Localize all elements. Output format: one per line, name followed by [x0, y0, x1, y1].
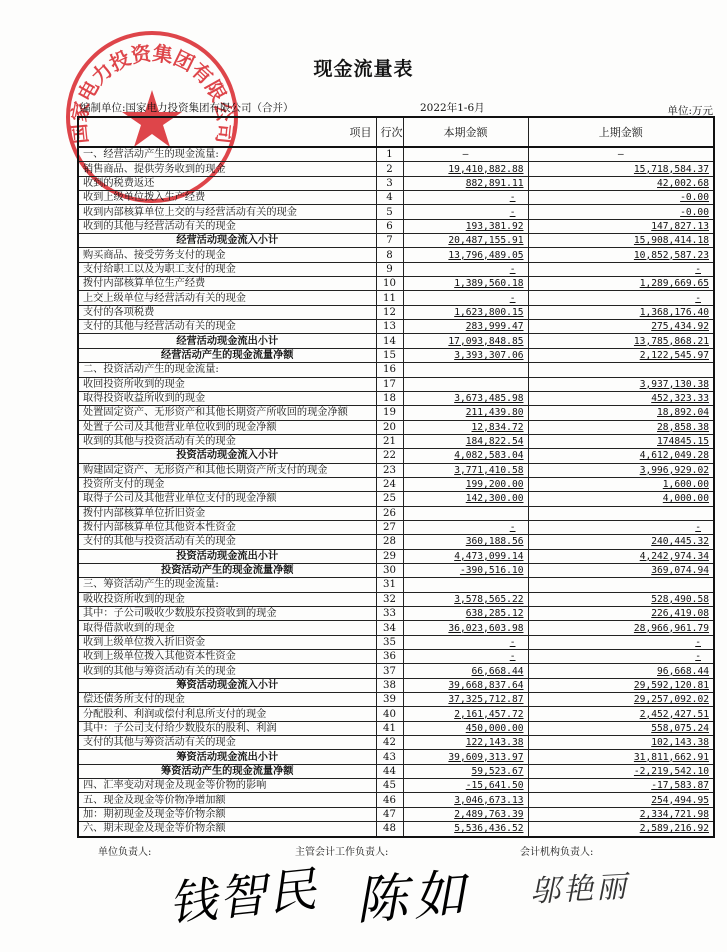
row-item-label: 二、投资活动产生的现金流量: — [78, 363, 376, 377]
table-row: 支付的各项税费121,623,800.151,368,176.40 — [78, 305, 714, 319]
table-row: 其中：子公司吸收少数股东投资收到的现金33638,285.12226,419.0… — [78, 607, 714, 621]
row-item-label: 收回投资所收到的现金 — [78, 377, 376, 391]
table-row: 经营活动产生的现金流量净额153,393,307.062,122,545.97 — [78, 348, 714, 362]
row-line-number: 10 — [376, 277, 403, 291]
row-item-label: 筹资活动现金流出小计 — [78, 750, 376, 764]
row-line-number: 20 — [376, 420, 403, 434]
row-previous-amount: 2,452,427.51 — [528, 707, 714, 721]
row-item-label: 经营活动产生的现金流量净额 — [78, 348, 376, 362]
row-item-label: 购建固定资产、无形资产和其他长期资产所支付的现金 — [78, 463, 376, 477]
row-line-number: 40 — [376, 707, 403, 721]
table-row: 处置子公司及其他营业单位收到的现金净额2012,834.7228,858.38 — [78, 420, 714, 434]
row-item-label: 投资所支付的现金 — [78, 477, 376, 491]
row-current-amount: 37,325,712.87 — [403, 693, 528, 707]
row-line-number: 46 — [376, 793, 403, 807]
row-item-label: 筹资活动产生的现金流量净额 — [78, 764, 376, 778]
row-previous-amount: 15,718,584.37 — [528, 162, 714, 176]
row-current-amount: - — [403, 262, 528, 276]
row-current-amount: 4,473,099.14 — [403, 549, 528, 563]
row-item-label: 经营活动现金流出小计 — [78, 334, 376, 348]
row-item-label: 投资活动现金流出小计 — [78, 549, 376, 563]
row-line-number: 22 — [376, 449, 403, 463]
row-line-number: 48 — [376, 822, 403, 837]
row-current-amount: 1,389,560.18 — [403, 277, 528, 291]
table-row: 投资活动现金流出小计294,473,099.144,242,974.34 — [78, 549, 714, 563]
row-previous-amount: -2,219,542.10 — [528, 764, 714, 778]
row-line-number: 17 — [376, 377, 403, 391]
row-line-number: 41 — [376, 721, 403, 735]
row-current-amount: 3,673,485.98 — [403, 391, 528, 405]
table-row: 收到上级单位拨入生产经费4--0.00 — [78, 191, 714, 205]
row-previous-amount: 42,002.68 — [528, 176, 714, 190]
row-current-amount — [403, 578, 528, 592]
table-row: 支付的其他与投资活动有关的现金28360,188.56240,445.32 — [78, 535, 714, 549]
row-previous-amount: 558,075.24 — [528, 721, 714, 735]
row-item-label: 收到的其他与筹资活动有关的现金 — [78, 664, 376, 678]
row-previous-amount — [528, 506, 714, 520]
row-line-number: 34 — [376, 621, 403, 635]
row-current-amount: 2,489,763.39 — [403, 807, 528, 821]
row-previous-amount: 2,122,545.97 — [528, 348, 714, 362]
row-previous-amount: 240,445.32 — [528, 535, 714, 549]
row-current-amount: — — [403, 147, 528, 162]
table-row: 上交上级单位与经营活动有关的现金11-- — [78, 291, 714, 305]
row-previous-amount: -0.00 — [528, 191, 714, 205]
table-row: 处置固定资产、无形资产和其他长期资产所收回的现金净额19211,439.8018… — [78, 406, 714, 420]
row-previous-amount: - — [528, 262, 714, 276]
row-item-label: 拨付内部核算单位其他资本性资金 — [78, 520, 376, 534]
row-previous-amount — [528, 363, 714, 377]
table-row: 分配股利、利润或偿付利息所支付的现金402,161,457.722,452,42… — [78, 707, 714, 721]
row-current-amount: 184,822.54 — [403, 434, 528, 448]
table-header-row: 项目 行次 本期金额 上期金额 — [78, 117, 714, 147]
row-previous-amount: 31,811,662.91 — [528, 750, 714, 764]
row-previous-amount: 10,852,587.23 — [528, 248, 714, 262]
table-row: 投资活动现金流入小计224,082,583.044,612,049.28 — [78, 449, 714, 463]
table-row: 筹资活动现金流出小计4339,609,313.9731,811,662.91 — [78, 750, 714, 764]
row-line-number: 1 — [376, 147, 403, 162]
row-item-label: 一、经营活动产生的现金流量: — [78, 147, 376, 162]
row-item-label: 投资活动产生的现金流量净额 — [78, 563, 376, 577]
row-current-amount: 20,487,155.91 — [403, 234, 528, 248]
row-current-amount: - — [403, 650, 528, 664]
row-previous-amount: 452,323.33 — [528, 391, 714, 405]
row-item-label: 支付的其他与经营活动有关的现金 — [78, 320, 376, 334]
row-line-number: 7 — [376, 234, 403, 248]
row-current-amount: 199,200.00 — [403, 477, 528, 491]
row-item-label: 收到上级单位拨入生产经费 — [78, 191, 376, 205]
row-item-label: 收到内部核算单位上交的与经营活动有关的现金 — [78, 205, 376, 219]
row-current-amount: 3,771,410.58 — [403, 463, 528, 477]
row-previous-amount: - — [528, 291, 714, 305]
row-current-amount — [403, 363, 528, 377]
row-previous-amount: 18,892.04 — [528, 406, 714, 420]
row-line-number: 8 — [376, 248, 403, 262]
table-row: 其中：子公司支付给少数股东的股利、利润41450,000.00558,075.2… — [78, 721, 714, 735]
row-current-amount: -390,516.10 — [403, 563, 528, 577]
row-item-label: 收到的其他与经营活动有关的现金 — [78, 219, 376, 233]
row-current-amount: 59,523.67 — [403, 764, 528, 778]
table-row: 投资活动产生的现金流量净额30-390,516.10369,074.94 — [78, 563, 714, 577]
row-current-amount: 122,143.38 — [403, 736, 528, 750]
unit-head-label: 单位负责人: — [98, 843, 151, 858]
row-line-number: 23 — [376, 463, 403, 477]
row-line-number: 45 — [376, 779, 403, 793]
table-row: 筹资活动产生的现金流量净额4459,523.67-2,219,542.10 — [78, 764, 714, 778]
row-line-number: 16 — [376, 363, 403, 377]
row-line-number: 13 — [376, 320, 403, 334]
row-item-label: 上交上级单位与经营活动有关的现金 — [78, 291, 376, 305]
table-row: 购买商品、接受劳务支付的现金813,796,489.0510,852,587.2… — [78, 248, 714, 262]
row-line-number: 12 — [376, 305, 403, 319]
row-line-number: 24 — [376, 477, 403, 491]
row-item-label: 吸收投资所收到的现金 — [78, 592, 376, 606]
row-current-amount: 142,300.00 — [403, 492, 528, 506]
row-item-label: 四、汇率变动对现金及现金等价物的影响 — [78, 779, 376, 793]
row-previous-amount: 2,589,216.92 — [528, 822, 714, 837]
row-item-label: 取得投资收益所收到的现金 — [78, 391, 376, 405]
table-row: 支付的其他与筹资活动有关的现金42122,143.38102,143.38 — [78, 736, 714, 750]
row-current-amount: 39,668,837.64 — [403, 678, 528, 692]
row-line-number: 36 — [376, 650, 403, 664]
row-current-amount: - — [403, 635, 528, 649]
row-item-label: 偿还债务所支付的现金 — [78, 693, 376, 707]
row-line-number: 21 — [376, 434, 403, 448]
table-row: 收到内部核算单位上交的与经营活动有关的现金5--0.00 — [78, 205, 714, 219]
row-item-label: 其中：子公司支付给少数股东的股利、利润 — [78, 721, 376, 735]
row-previous-amount: 1,368,176.40 — [528, 305, 714, 319]
row-line-number: 38 — [376, 678, 403, 692]
row-line-number: 30 — [376, 563, 403, 577]
table-row: 购建固定资产、无形资产和其他长期资产所支付的现金233,771,410.583,… — [78, 463, 714, 477]
table-row: 支付给职工以及为职工支付的现金9-- — [78, 262, 714, 276]
row-previous-amount: -17,583.87 — [528, 779, 714, 793]
accounting-dept-label: 会计机构负责人: — [520, 843, 593, 858]
row-current-amount: 17,093,848.85 — [403, 334, 528, 348]
row-line-number: 18 — [376, 391, 403, 405]
row-item-label: 拨付内部核算单位折旧资金 — [78, 506, 376, 520]
row-current-amount: - — [403, 205, 528, 219]
row-line-number: 11 — [376, 291, 403, 305]
row-previous-amount: 147,827.13 — [528, 219, 714, 233]
row-item-label: 处置固定资产、无形资产和其他长期资产所收回的现金净额 — [78, 406, 376, 420]
table-row: 一、经营活动产生的现金流量:1—— — [78, 147, 714, 162]
row-current-amount: 36,023,603.98 — [403, 621, 528, 635]
signature-unit-head: 钱智民 — [165, 850, 321, 934]
row-current-amount: 3,046,673.13 — [403, 793, 528, 807]
row-previous-amount: 4,612,049.28 — [528, 449, 714, 463]
table-row: 吸收投资所收到的现金323,578,565.22528,490.58 — [78, 592, 714, 606]
table-row: 加：期初现金及现金等价物余额472,489,763.392,334,721.98 — [78, 807, 714, 821]
row-line-number: 27 — [376, 520, 403, 534]
row-previous-amount: 254,494.95 — [528, 793, 714, 807]
report-period: 2022年1-6月 — [420, 100, 485, 115]
row-line-number: 29 — [376, 549, 403, 563]
row-previous-amount: 275,434.92 — [528, 320, 714, 334]
row-line-number: 9 — [376, 262, 403, 276]
table-row: 取得借款收到的现金3436,023,603.9828,966,961.79 — [78, 621, 714, 635]
row-previous-amount: 4,242,974.34 — [528, 549, 714, 563]
header-previous: 上期金额 — [528, 117, 714, 147]
table-row: 收到上级单位拨入折旧资金35-- — [78, 635, 714, 649]
table-row: 五、现金及现金等价物净增加额463,046,673.13254,494.95 — [78, 793, 714, 807]
row-previous-amount — [528, 578, 714, 592]
table-row: 销售商品、提供劳务收到的现金219,410,882.8815,718,584.3… — [78, 162, 714, 176]
row-line-number: 19 — [376, 406, 403, 420]
table-row: 收到的税费返还3882,891.1142,002.68 — [78, 176, 714, 190]
row-line-number: 15 — [376, 348, 403, 362]
table-row: 收回投资所收到的现金173,937,130.38 — [78, 377, 714, 391]
preparer-label: 编制单位:国家电力投资集团有限公司（合并） — [80, 100, 294, 115]
row-previous-amount: - — [528, 650, 714, 664]
row-previous-amount: -0.00 — [528, 205, 714, 219]
table-body: 一、经营活动产生的现金流量:1——销售商品、提供劳务收到的现金219,410,8… — [78, 147, 714, 837]
row-item-label: 支付的各项税费 — [78, 305, 376, 319]
row-line-number: 26 — [376, 506, 403, 520]
signature-accounting-supervisor: 陈如 — [353, 851, 474, 934]
row-item-label: 取得借款收到的现金 — [78, 621, 376, 635]
table-row: 拨付内部核算单位生产经费101,389,560.181,289,669.65 — [78, 277, 714, 291]
row-item-label: 取得子公司及其他营业单位支付的现金净额 — [78, 492, 376, 506]
row-previous-amount: 226,419.08 — [528, 607, 714, 621]
document-title: 现金流量表 — [0, 54, 727, 81]
row-current-amount: 193,381.92 — [403, 219, 528, 233]
row-current-amount: 2,161,457.72 — [403, 707, 528, 721]
header-line: 行次 — [376, 117, 403, 147]
row-previous-amount: 3,996,929.02 — [528, 463, 714, 477]
row-previous-amount: - — [528, 635, 714, 649]
row-item-label: 六、期末现金及现金等价物余额 — [78, 822, 376, 837]
table-row: 支付的其他与经营活动有关的现金13283,999.47275,434.92 — [78, 320, 714, 334]
row-current-amount: 19,410,882.88 — [403, 162, 528, 176]
row-previous-amount: — — [528, 147, 714, 162]
row-current-amount: 12,834.72 — [403, 420, 528, 434]
row-line-number: 32 — [376, 592, 403, 606]
table-row: 六、期末现金及现金等价物余额485,536,436.522,589,216.92 — [78, 822, 714, 837]
row-previous-amount: 174845.15 — [528, 434, 714, 448]
row-item-label: 购买商品、接受劳务支付的现金 — [78, 248, 376, 262]
table-row: 经营活动现金流入小计720,487,155.9115,908,414.18 — [78, 234, 714, 248]
row-item-label: 支付的其他与投资活动有关的现金 — [78, 535, 376, 549]
row-current-amount: 3,393,307.06 — [403, 348, 528, 362]
row-item-label: 处置子公司及其他营业单位收到的现金净额 — [78, 420, 376, 434]
row-item-label: 加：期初现金及现金等价物余额 — [78, 807, 376, 821]
table-row: 收到上级单位拨入其他资本性资金36-- — [78, 650, 714, 664]
row-previous-amount: 13,785,868.21 — [528, 334, 714, 348]
table-row: 取得投资收益所收到的现金183,673,485.98452,323.33 — [78, 391, 714, 405]
row-previous-amount: 28,966,961.79 — [528, 621, 714, 635]
table-row: 收到的其他与筹资活动有关的现金3766,668.4496,668.44 — [78, 664, 714, 678]
row-item-label: 投资活动现金流入小计 — [78, 449, 376, 463]
row-line-number: 31 — [376, 578, 403, 592]
row-item-label: 销售商品、提供劳务收到的现金 — [78, 162, 376, 176]
table-row: 三、筹资活动产生的现金流量:31 — [78, 578, 714, 592]
row-line-number: 35 — [376, 635, 403, 649]
row-line-number: 14 — [376, 334, 403, 348]
row-current-amount: - — [403, 291, 528, 305]
table-row: 四、汇率变动对现金及现金等价物的影响45-15,641.50-17,583.87 — [78, 779, 714, 793]
table-row: 收到的其他与经营活动有关的现金6193,381.92147,827.13 — [78, 219, 714, 233]
row-line-number: 33 — [376, 607, 403, 621]
row-item-label: 收到上级单位拨入折旧资金 — [78, 635, 376, 649]
table-row: 筹资活动现金流入小计3839,668,837.6429,592,120.81 — [78, 678, 714, 692]
row-item-label: 经营活动现金流入小计 — [78, 234, 376, 248]
row-current-amount: - — [403, 191, 528, 205]
table-row: 偿还债务所支付的现金3937,325,712.8729,257,092.02 — [78, 693, 714, 707]
row-line-number: 4 — [376, 191, 403, 205]
row-previous-amount: - — [528, 520, 714, 534]
row-item-label: 筹资活动现金流入小计 — [78, 678, 376, 692]
table-row: 投资所支付的现金24199,200.001,600.00 — [78, 477, 714, 491]
row-current-amount: 638,285.12 — [403, 607, 528, 621]
row-current-amount — [403, 506, 528, 520]
table-row: 经营活动现金流出小计1417,093,848.8513,785,868.21 — [78, 334, 714, 348]
signature-accounting-dept: 邬艳丽 — [529, 861, 630, 910]
row-current-amount: 211,439.80 — [403, 406, 528, 420]
row-line-number: 28 — [376, 535, 403, 549]
row-previous-amount: 2,334,721.98 — [528, 807, 714, 821]
row-line-number: 44 — [376, 764, 403, 778]
cash-flow-table: 项目 行次 本期金额 上期金额 一、经营活动产生的现金流量:1——销售商品、提供… — [77, 116, 715, 838]
row-item-label: 支付给职工以及为职工支付的现金 — [78, 262, 376, 276]
row-previous-amount: 4,000.00 — [528, 492, 714, 506]
row-previous-amount: 96,668.44 — [528, 664, 714, 678]
row-item-label: 其中：子公司吸收少数股东投资收到的现金 — [78, 607, 376, 621]
row-line-number: 3 — [376, 176, 403, 190]
row-item-label: 拨付内部核算单位生产经费 — [78, 277, 376, 291]
row-previous-amount: 29,592,120.81 — [528, 678, 714, 692]
row-current-amount: 13,796,489.05 — [403, 248, 528, 262]
table-row: 拨付内部核算单位其他资本性资金27-- — [78, 520, 714, 534]
row-line-number: 5 — [376, 205, 403, 219]
row-current-amount: 1,623,800.15 — [403, 305, 528, 319]
table-row: 收到的其他与投资活动有关的现金21184,822.54174845.15 — [78, 434, 714, 448]
row-previous-amount: 3,937,130.38 — [528, 377, 714, 391]
table-row: 二、投资活动产生的现金流量:16 — [78, 363, 714, 377]
row-previous-amount: 1,600.00 — [528, 477, 714, 491]
row-current-amount: 3,578,565.22 — [403, 592, 528, 606]
row-line-number: 2 — [376, 162, 403, 176]
table-row: 取得子公司及其他营业单位支付的现金净额25142,300.004,000.00 — [78, 492, 714, 506]
row-previous-amount: 29,257,092.02 — [528, 693, 714, 707]
row-current-amount: 882,891.11 — [403, 176, 528, 190]
row-item-label: 收到的其他与投资活动有关的现金 — [78, 434, 376, 448]
table-row: 拨付内部核算单位折旧资金26 — [78, 506, 714, 520]
row-line-number: 37 — [376, 664, 403, 678]
row-current-amount: - — [403, 520, 528, 534]
row-current-amount: 4,082,583.04 — [403, 449, 528, 463]
header-current: 本期金额 — [403, 117, 528, 147]
row-current-amount: 66,668.44 — [403, 664, 528, 678]
row-previous-amount: 369,074.94 — [528, 563, 714, 577]
row-current-amount: 39,609,313.97 — [403, 750, 528, 764]
row-line-number: 42 — [376, 736, 403, 750]
row-item-label: 三、筹资活动产生的现金流量: — [78, 578, 376, 592]
row-item-label: 分配股利、利润或偿付利息所支付的现金 — [78, 707, 376, 721]
row-current-amount: 5,536,436.52 — [403, 822, 528, 837]
row-current-amount — [403, 377, 528, 391]
row-item-label: 收到上级单位拨入其他资本性资金 — [78, 650, 376, 664]
row-item-label: 五、现金及现金等价物净增加额 — [78, 793, 376, 807]
row-line-number: 43 — [376, 750, 403, 764]
row-previous-amount: 528,490.58 — [528, 592, 714, 606]
row-previous-amount: 102,143.38 — [528, 736, 714, 750]
row-line-number: 47 — [376, 807, 403, 821]
header-item: 项目 — [78, 117, 376, 147]
row-current-amount: 360,188.56 — [403, 535, 528, 549]
row-current-amount: -15,641.50 — [403, 779, 528, 793]
row-previous-amount: 1,289,669.65 — [528, 277, 714, 291]
row-current-amount: 283,999.47 — [403, 320, 528, 334]
row-item-label: 支付的其他与筹资活动有关的现金 — [78, 736, 376, 750]
row-current-amount: 450,000.00 — [403, 721, 528, 735]
row-previous-amount: 28,858.38 — [528, 420, 714, 434]
row-previous-amount: 15,908,414.18 — [528, 234, 714, 248]
row-item-label: 收到的税费返还 — [78, 176, 376, 190]
row-line-number: 25 — [376, 492, 403, 506]
row-line-number: 6 — [376, 219, 403, 233]
row-line-number: 39 — [376, 693, 403, 707]
